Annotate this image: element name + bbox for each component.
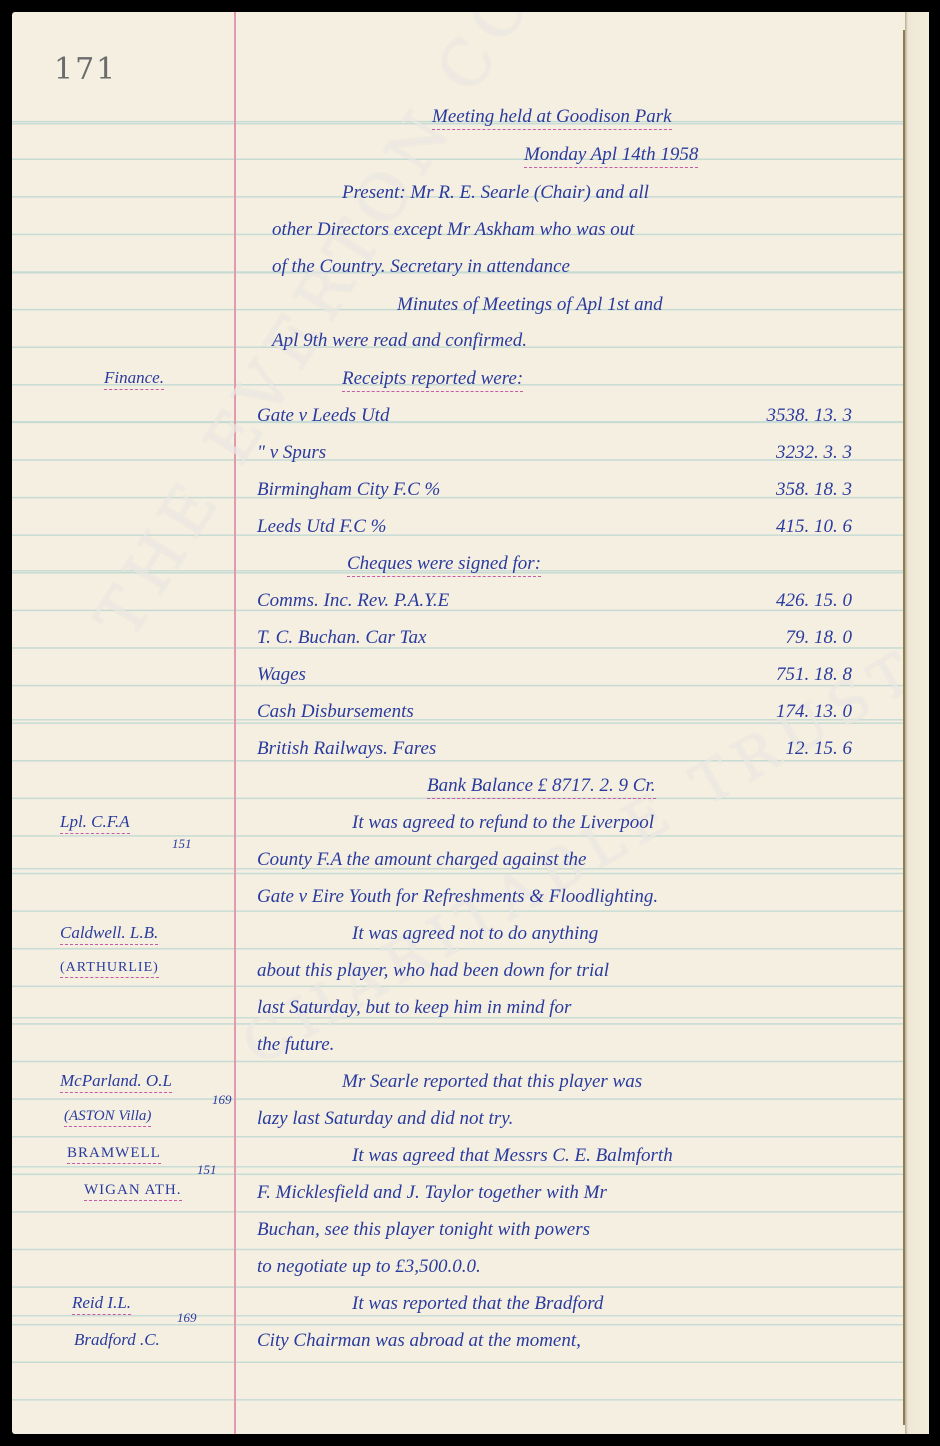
receipt-amount: 358. 18. 3	[692, 479, 852, 501]
ledger-page: THE EVERTON COLLECTION CHARITABLE TRUST …	[12, 12, 905, 1434]
entry-line: about this player, who had been down for…	[257, 960, 609, 982]
page-edge	[905, 12, 929, 1434]
margin-bramwell: BRAMWELL	[67, 1145, 161, 1164]
margin-caldwell: Caldwell. L.B.	[60, 923, 158, 945]
cheque-item: Cash Disbursements	[257, 701, 414, 723]
receipt-amount: 3538. 13. 3	[692, 405, 852, 427]
entry-line: last Saturday, but to keep him in mind f…	[257, 997, 571, 1019]
entry-line: It was agreed to refund to the Liverpool	[352, 812, 654, 834]
margin-arthurlie: (ARTHURLIE)	[60, 960, 159, 978]
margin-aston-villa: (ASTON Villa)	[64, 1108, 151, 1127]
minutes-line-1: Minutes of Meetings of Apl 1st and	[397, 294, 663, 316]
receipt-item: Birmingham City F.C %	[257, 479, 440, 501]
margin-finance: Finance.	[104, 368, 164, 390]
margin-wigan-ath: WIGAN ATH.	[84, 1182, 182, 1201]
entry-line: Gate v Eire Youth for Refreshments & Flo…	[257, 886, 658, 908]
entry-line: Buchan, see this player tonight with pow…	[257, 1219, 590, 1241]
bank-balance: Bank Balance £ 8717. 2. 9 Cr.	[427, 775, 656, 799]
margin-rule	[234, 12, 236, 1434]
entry-line: It was reported that the Bradford	[352, 1293, 603, 1315]
margin-bradford: Bradford .C.	[74, 1330, 160, 1350]
cheque-amount: 426. 15. 0	[692, 590, 852, 612]
meeting-date: Monday Apl 14th 1958	[524, 144, 698, 168]
entry-line: to negotiate up to £3,500.0.0.	[257, 1256, 481, 1278]
entry-line: County F.A the amount charged against th…	[257, 849, 587, 871]
cheque-amount: 79. 18. 0	[692, 627, 852, 649]
cheque-amount: 174. 13. 0	[692, 701, 852, 723]
margin-reid: Reid I.L.	[72, 1293, 131, 1315]
minutes-line-2: Apl 9th were read and confirmed.	[272, 330, 527, 352]
receipt-item: " v Spurs	[257, 442, 326, 464]
attendance-line-1: Present: Mr R. E. Searle (Chair) and all	[342, 182, 649, 204]
entry-line: It was agreed that Messrs C. E. Balmfort…	[352, 1145, 673, 1167]
entry-line: lazy last Saturday and did not try.	[257, 1108, 513, 1130]
cheque-item: Wages	[257, 664, 306, 686]
receipt-amount: 3232. 3. 3	[692, 442, 852, 464]
cheques-heading: Cheques were signed for:	[347, 553, 541, 577]
minute-ref: 151	[197, 1162, 217, 1178]
entry-line: the future.	[257, 1034, 334, 1056]
attendance-line-3: of the Country. Secretary in attendance	[272, 256, 570, 278]
minute-ref: 151	[172, 836, 192, 852]
minute-ref: 169	[212, 1092, 232, 1108]
meeting-heading: Meeting held at Goodison Park	[432, 106, 672, 130]
entry-line: Mr Searle reported that this player was	[342, 1071, 642, 1093]
page-number: 171	[54, 52, 117, 87]
minute-ref: 169	[177, 1310, 197, 1326]
cheque-item: British Railways. Fares	[257, 738, 436, 760]
margin-lpl-cfa: Lpl. C.F.A	[60, 812, 130, 834]
receipt-item: Leeds Utd F.C %	[257, 516, 386, 538]
cheque-item: Comms. Inc. Rev. P.A.Y.E	[257, 590, 449, 612]
binding-line	[903, 30, 905, 1425]
cheque-amount: 751. 18. 8	[692, 664, 852, 686]
receipt-item: Gate v Leeds Utd	[257, 405, 389, 427]
attendance-line-2: other Directors except Mr Askham who was…	[272, 219, 635, 241]
cheque-amount: 12. 15. 6	[692, 738, 852, 760]
receipt-amount: 415. 10. 6	[692, 516, 852, 538]
entry-line: F. Micklesfield and J. Taylor together w…	[257, 1182, 607, 1204]
entry-line: City Chairman was abroad at the moment,	[257, 1330, 581, 1352]
cheque-item: T. C. Buchan. Car Tax	[257, 627, 426, 649]
receipts-heading: Receipts reported were:	[342, 368, 523, 392]
entry-line: It was agreed not to do anything	[352, 923, 598, 945]
margin-mcparland: McParland. O.L	[60, 1071, 172, 1093]
